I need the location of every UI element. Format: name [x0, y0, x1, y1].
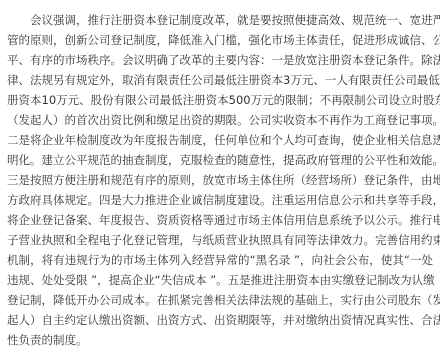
text-line: 律、法规另有规定外，取消有限责任公司最低注册资本3万元、一人有限责任公司最低注	[7, 70, 433, 90]
text-line: 管的原则，创新公司登记制度，降低准入门槛，强化市场主体责任，促进形成诚信、公	[7, 30, 433, 50]
text-line: 二是将企业年检制度改为年度报告制度，任何单位和个人均可查询，使企业相关信息透	[7, 130, 433, 150]
text-line: 三是按照方便注册和规范有序的原则，放宽市场主体住所（经营场所）登记条件，由地	[7, 170, 433, 190]
text-line: 将企业登记备案、年度报告、资质资格等通过市场主体信用信息系统予以公示。推行电	[7, 210, 433, 230]
text-line: 会议强调，推行注册资本登记制度改革，就是要按照便捷高效、规范统一、宽进严	[7, 10, 433, 30]
text-line: 子营业执照和全程电子化登记管理，与纸质营业执照具有同等法律效力。完善信用约束	[7, 230, 433, 250]
text-line: 性负责的制度。	[7, 330, 433, 350]
text-line: 册资本10万元、股份有限公司最低注册资本500万元的限制；不再限制公司设立时股东	[7, 90, 433, 110]
text-line: 违规、处处受限 ”，提高企业“失信成本 ”。五是推进注册资本由实缴登记制改为认缴	[7, 270, 433, 290]
text-body: 会议强调，推行注册资本登记制度改革，就是要按照便捷高效、规范统一、宽进严管的原则…	[7, 10, 433, 350]
text-line: 明化。建立公平规范的抽查制度，克服检查的随意性，提高政府管理的公平性和效能。	[7, 150, 433, 170]
text-line: 方政府具体规定。四是大力推进企业诚信制度建设。注重运用信息公示和共享等手段，	[7, 190, 433, 210]
text-line: （发起人）的首次出资比例和缴足出资的期限。公司实收资本不再作为工商登记事项。	[7, 110, 433, 130]
text-line: 机制，将有违规行为的市场主体列入经营异常的“黑名录 ”，向社会公布，使其“一处	[7, 250, 433, 270]
text-line: 平、有序的市场秩序。会议明确了改革的主要内容：一是放宽注册资本登记条件。除法	[7, 50, 433, 70]
text-line: 登记制，降低开办公司成本。在抓紧完善相关法律法规的基础上，实行由公司股东（发	[7, 290, 433, 310]
article-document: 会议强调，推行注册资本登记制度改革，就是要按照便捷高效、规范统一、宽进严管的原则…	[0, 0, 440, 364]
text-line: 起人）自主约定认缴出资额、出资方式、出资期限等，并对缴纳出资情况真实性、合法	[7, 310, 433, 330]
